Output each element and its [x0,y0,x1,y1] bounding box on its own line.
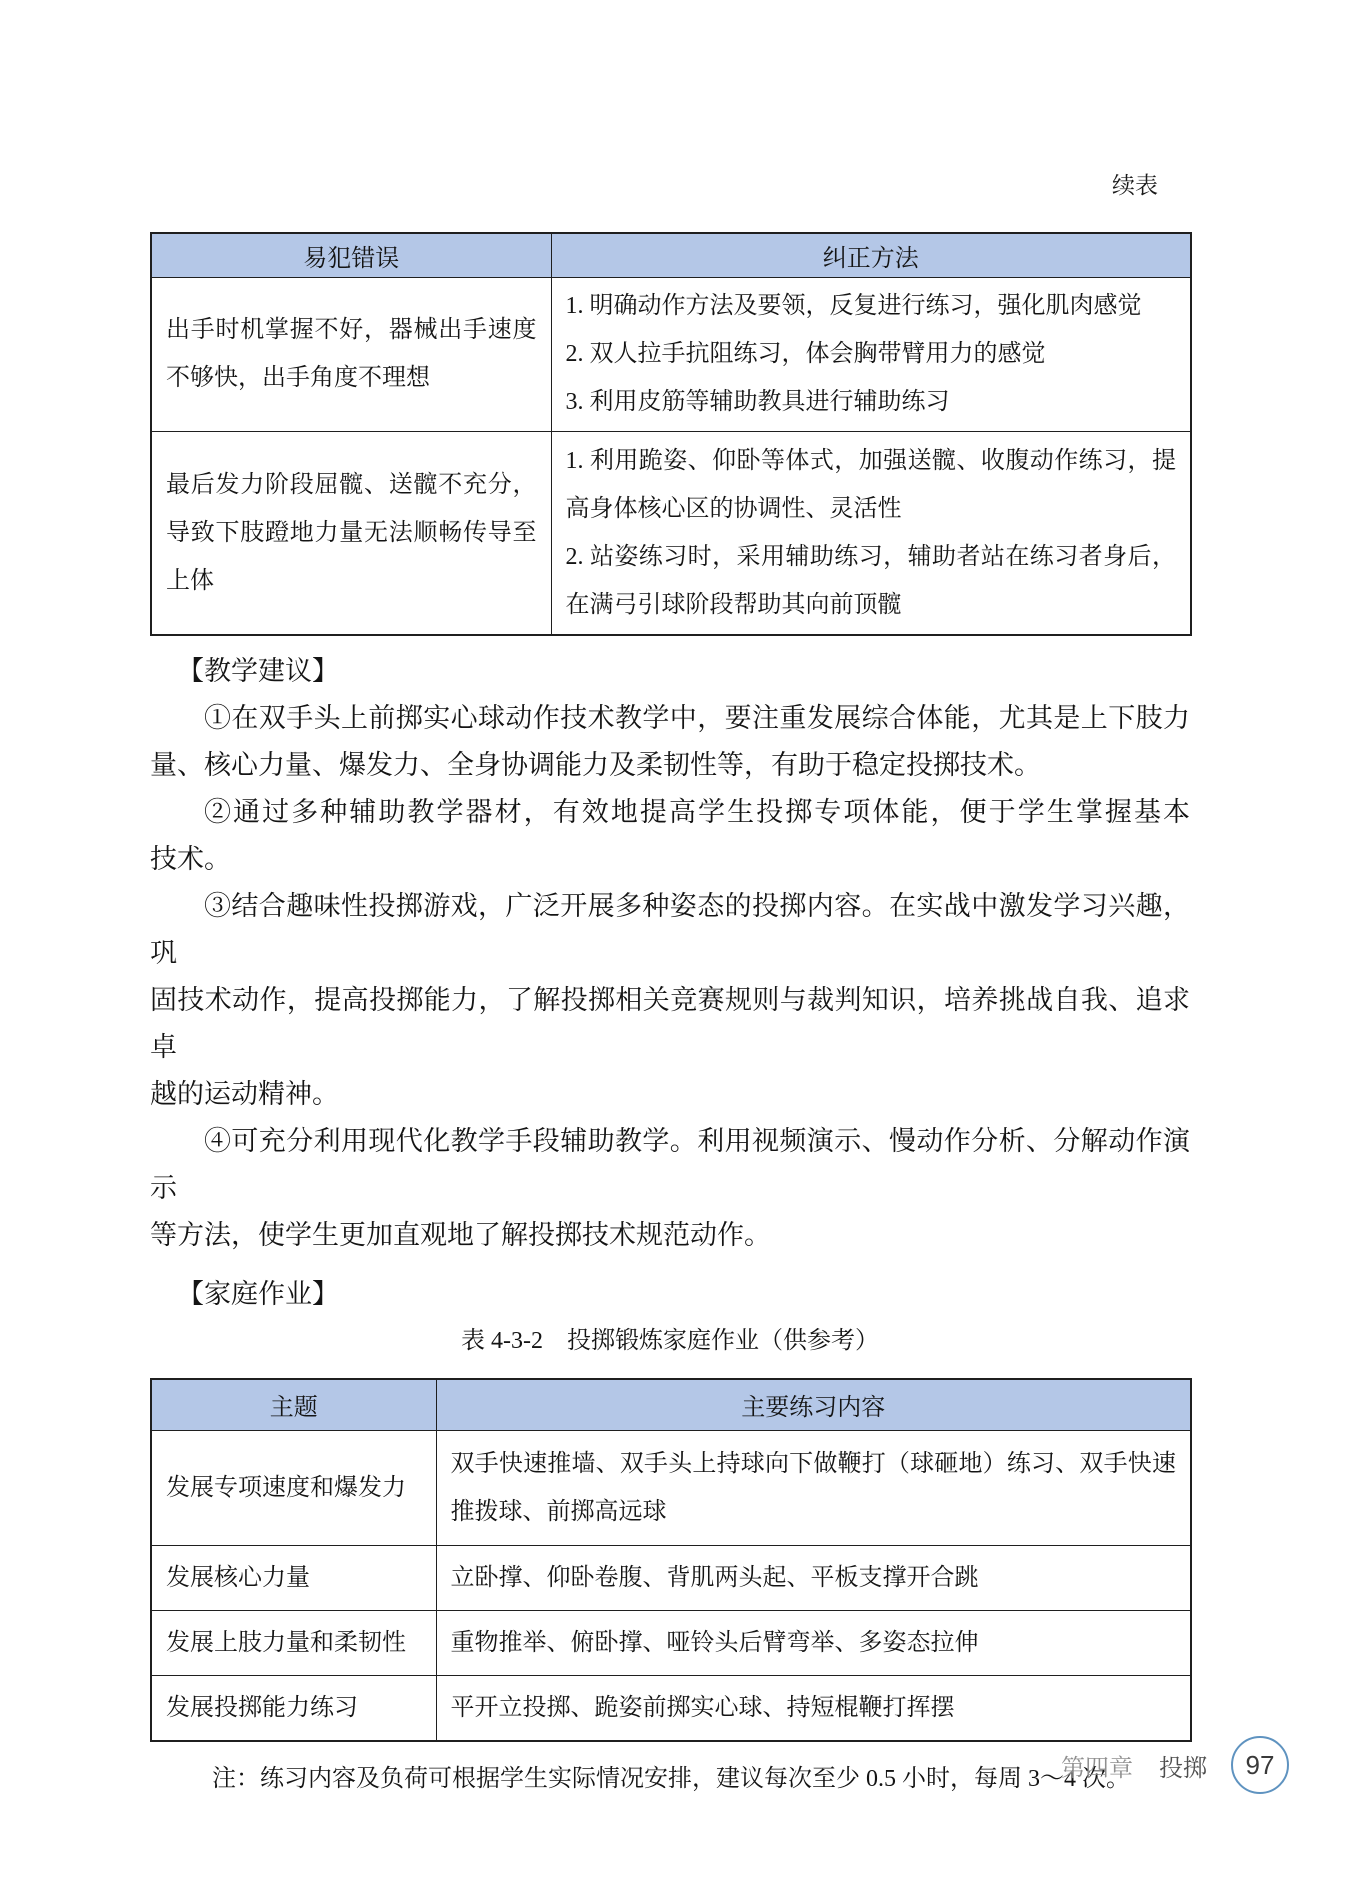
homework-table-note: 注：练习内容及负荷可根据学生实际情况安排，建议每次至少 0.5 小时，每周 3～… [150,1759,1190,1799]
section-label: 投掷 [1159,1748,1207,1783]
paragraph-line: 固技术动作，提高投掷能力，了解投掷相关竞赛规则与裁判知识，培养挑战自我、追求卓 [150,977,1190,1071]
errors-corrections-table: 易犯错误 纠正方法 出手时机掌握不好，器械出手速度不够快，出手角度不理想 1. … [150,232,1192,636]
paragraph-line: ①在双手头上前掷实心球动作技术教学中，要注重发展综合体能，尤其是上下肢力 [150,695,1190,742]
teaching-paragraph: ③结合趣味性投掷游戏，广泛开展多种姿态的投掷内容。在实战中激发学习兴趣，巩 固技… [150,883,1190,1118]
table-header-row: 易犯错误 纠正方法 [151,233,1191,277]
correction-cell: 1. 利用跪姿、仰卧等体式，加强送髋、收腹动作练习，提高身体核心区的协调性、灵活… [551,431,1191,635]
paragraph-line: 等方法，使学生更加直观地了解投掷技术规范动作。 [150,1212,1190,1259]
column-header-topic: 主题 [151,1379,436,1430]
correction-item: 3. 利用皮筋等辅助教具进行辅助练习 [566,378,1177,426]
paragraph-line: 量、核心力量、爆发力、全身协调能力及柔韧性等，有助于稳定投掷技术。 [150,742,1190,789]
paragraph-line: ②通过多种辅助教学器材，有效地提高学生投掷专项体能，便于学生掌握基本 [150,789,1190,836]
correction-item: 1. 明确动作方法及要领，反复进行练习，强化肌肉感觉 [566,282,1177,330]
table-row: 发展上肢力量和柔韧性 重物推举、俯卧撑、哑铃头后臂弯举、多姿态拉伸 [151,1610,1191,1675]
exercises-cell: 双手快速推墙、双手头上持球向下做鞭打（球砸地）练习、双手快速推拨球、前掷高远球 [436,1430,1191,1545]
table-row: 出手时机掌握不好，器械出手速度不够快，出手角度不理想 1. 明确动作方法及要领，… [151,277,1191,431]
topic-cell: 发展投掷能力练习 [151,1675,436,1741]
topic-cell: 发展上肢力量和柔韧性 [151,1610,436,1675]
teaching-paragraph: ②通过多种辅助教学器材，有效地提高学生投掷专项体能，便于学生掌握基本 技术。 [150,789,1190,883]
topic-cell: 发展专项速度和爆发力 [151,1430,436,1545]
page-number-badge: 97 [1231,1736,1289,1794]
exercises-cell: 平开立投掷、跪姿前掷实心球、持短棍鞭打挥摆 [436,1675,1191,1741]
table-row: 最后发力阶段屈髋、送髋不充分，导致下肢蹬地力量无法顺畅传导至上体 1. 利用跪姿… [151,431,1191,635]
column-header-corrections: 纠正方法 [551,233,1191,277]
exercises-cell: 重物推举、俯卧撑、哑铃头后臂弯举、多姿态拉伸 [436,1610,1191,1675]
correction-cell: 1. 明确动作方法及要领，反复进行练习，强化肌肉感觉 2. 双人拉手抗阻练习，体… [551,277,1191,431]
column-header-errors: 易犯错误 [151,233,551,277]
correction-item: 2. 站姿练习时，采用辅助练习，辅助者站在练习者身后，在满弓引球阶段帮助其向前顶… [566,533,1177,629]
error-cell: 最后发力阶段屈髋、送髋不充分，导致下肢蹬地力量无法顺畅传导至上体 [151,431,551,635]
error-cell: 出手时机掌握不好，器械出手速度不够快，出手角度不理想 [151,277,551,431]
page-footer: 第四章 投掷 97 [1061,1736,1289,1794]
chapter-label: 第四章 [1061,1748,1133,1783]
paragraph-line: 越的运动精神。 [150,1071,1190,1118]
table-header-row: 主题 主要练习内容 [151,1379,1191,1430]
correction-item: 1. 利用跪姿、仰卧等体式，加强送髋、收腹动作练习，提高身体核心区的协调性、灵活… [566,437,1177,533]
continued-table-label: 续表 [150,172,1190,200]
table-row: 发展核心力量 立卧撑、仰卧卷腹、背肌两头起、平板支撑开合跳 [151,1545,1191,1610]
teaching-paragraph: ①在双手头上前掷实心球动作技术教学中，要注重发展综合体能，尤其是上下肢力 量、核… [150,695,1190,789]
paragraph-line: ③结合趣味性投掷游戏，广泛开展多种姿态的投掷内容。在实战中激发学习兴趣，巩 [150,883,1190,977]
homework-table-caption: 表 4-3-2 投掷锻炼家庭作业（供参考） [150,1318,1190,1365]
page-content: 续表 易犯错误 纠正方法 出手时机掌握不好，器械出手速度不够快，出手角度不理想 … [150,0,1190,1799]
table-row: 发展投掷能力练习 平开立投掷、跪姿前掷实心球、持短棍鞭打挥摆 [151,1675,1191,1741]
topic-cell: 发展核心力量 [151,1545,436,1610]
homework-heading: 【家庭作业】 [150,1271,1190,1318]
teaching-paragraph: ④可充分利用现代化教学手段辅助教学。利用视频演示、慢动作分析、分解动作演示 等方… [150,1118,1190,1259]
correction-item: 2. 双人拉手抗阻练习，体会胸带臂用力的感觉 [566,330,1177,378]
paragraph-line: ④可充分利用现代化教学手段辅助教学。利用视频演示、慢动作分析、分解动作演示 [150,1118,1190,1212]
exercises-cell: 立卧撑、仰卧卷腹、背肌两头起、平板支撑开合跳 [436,1545,1191,1610]
teaching-suggestions-heading: 【教学建议】 [150,648,1190,695]
paragraph-line: 技术。 [150,836,1190,883]
column-header-exercises: 主要练习内容 [436,1379,1191,1430]
table-row: 发展专项速度和爆发力 双手快速推墙、双手头上持球向下做鞭打（球砸地）练习、双手快… [151,1430,1191,1545]
homework-table: 主题 主要练习内容 发展专项速度和爆发力 双手快速推墙、双手头上持球向下做鞭打（… [150,1378,1192,1742]
